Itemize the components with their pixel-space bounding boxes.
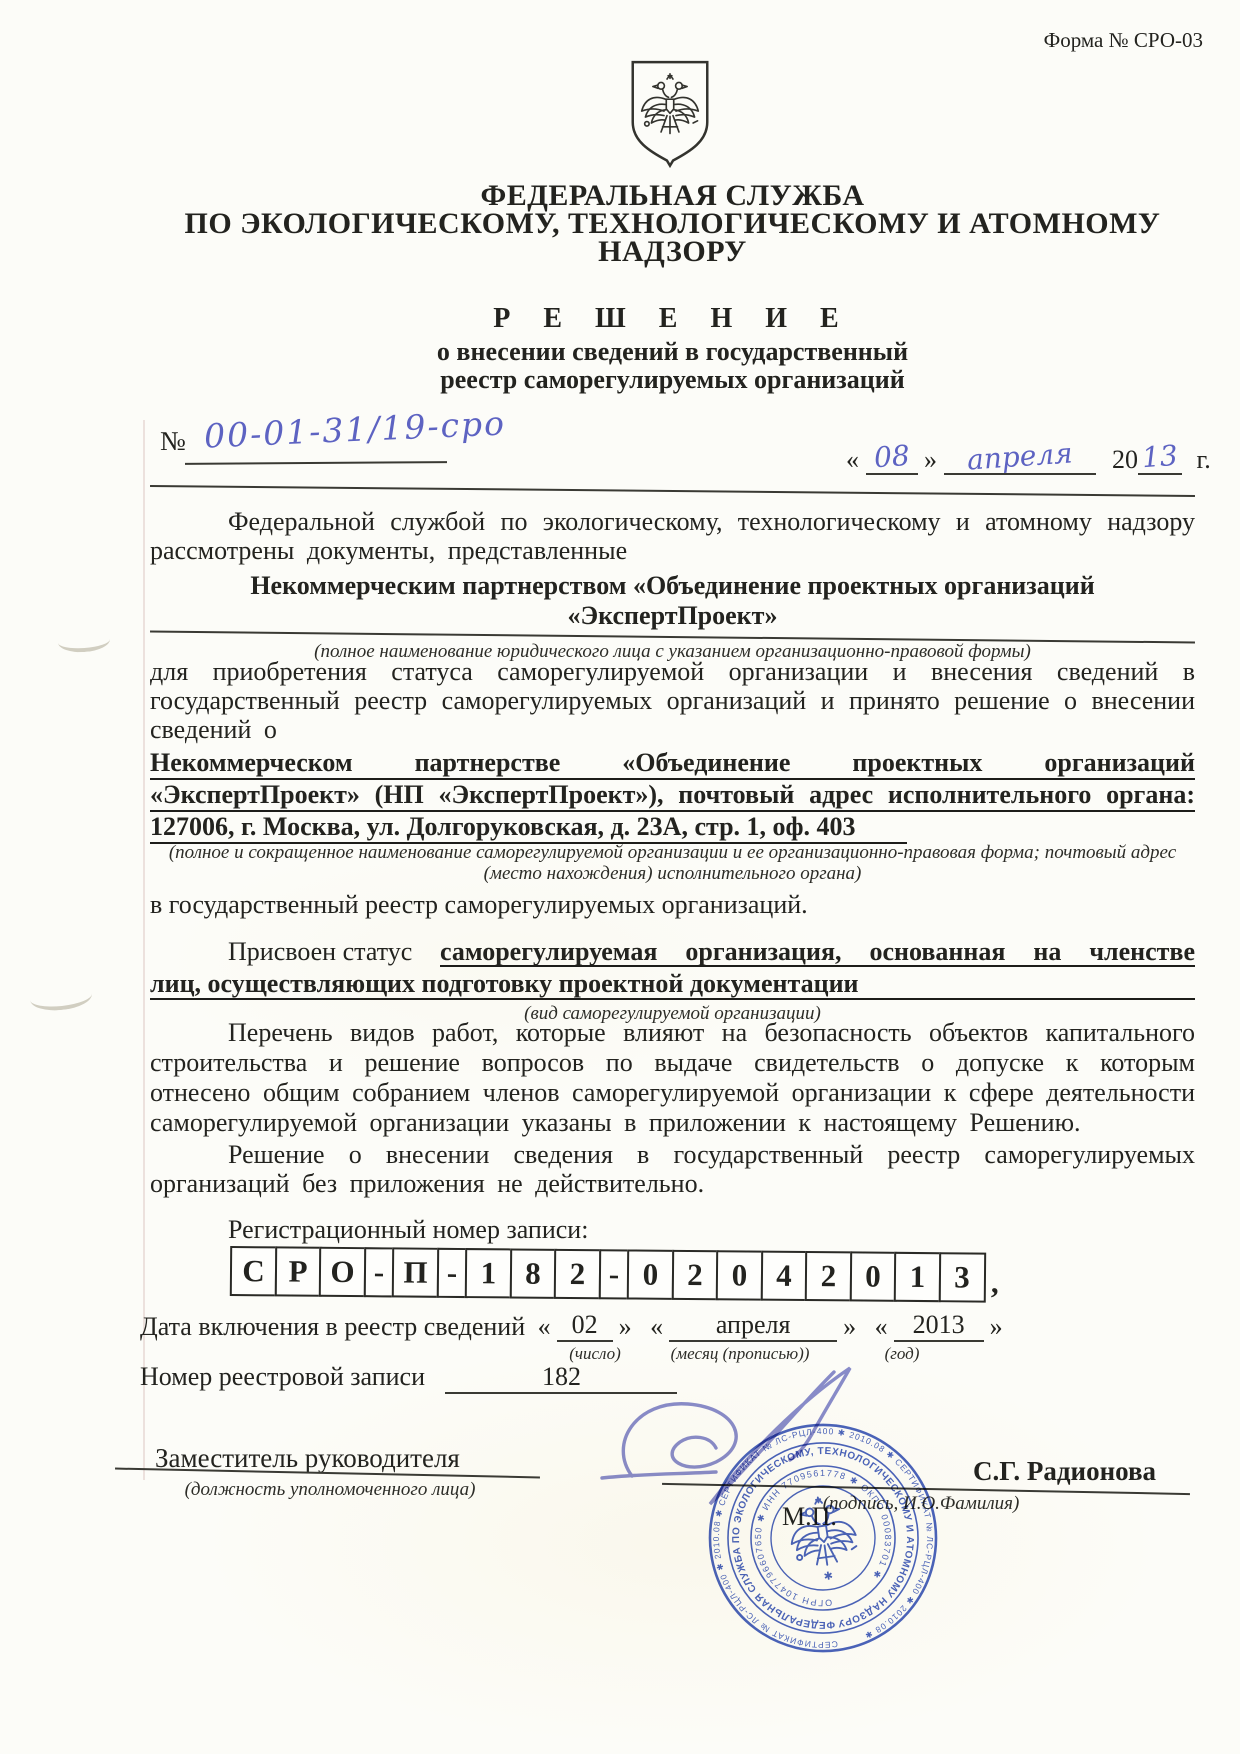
- paragraph-purpose: для приобретения статуса саморегулируемо…: [150, 657, 1195, 744]
- signatory-name: С.Г. Радионова: [973, 1456, 1156, 1487]
- registration-number-row: СРО-П-182-02042013,: [230, 1246, 999, 1303]
- number-label: №: [160, 426, 186, 457]
- caption-org-line-1: (полное и сокращенное наименование самор…: [150, 842, 1195, 863]
- reg-number-cell: 0: [716, 1250, 763, 1300]
- inclusion-month: апреля: [669, 1310, 837, 1342]
- stamp-center-star: ✱: [823, 1570, 834, 1583]
- inclusion-month-quote-open: «: [650, 1312, 663, 1341]
- issue-date-day-slot: 08: [866, 440, 918, 475]
- inclusion-day-quote-close: »: [619, 1312, 632, 1341]
- applicant-name-line-1: Некоммерческим партнерством «Объединение…: [150, 571, 1195, 601]
- org-name-block: Некоммерческом партнерстве «Объединение …: [150, 748, 1195, 844]
- applicant-name-line-2: «ЭкспертПроект»: [150, 601, 1195, 631]
- issue-date-year: 13: [1141, 439, 1179, 474]
- org-name-line-3: 127006, г. Москва, ул. Долгоруковская, д…: [150, 812, 907, 844]
- artifact-crescent-top: [57, 628, 110, 654]
- caption-org: (полное и сокращенное наименование самор…: [150, 842, 1195, 884]
- document-subtitle-2: реестр саморегулируемых организаций: [150, 365, 1195, 395]
- issue-date-month: апреля: [966, 436, 1074, 476]
- stamp-inner-ring-text: ОГРН 1047796607650 ✱ ИНН 7709561778 ✱ ОК…: [744, 1459, 902, 1617]
- caption-org-line-2: (место нахождения) исполнительного орган…: [150, 863, 1195, 884]
- inclusion-month-quote-close: »: [843, 1312, 856, 1341]
- reg-number-cell: О: [319, 1247, 366, 1297]
- reg-number-cell: Р: [274, 1246, 321, 1296]
- document-subtitle-1: о внесении сведений в государственный: [150, 337, 1195, 367]
- reg-number-cell: 0: [627, 1249, 674, 1299]
- separator-rule-top: [150, 485, 1195, 497]
- reg-number-cell: 2: [671, 1250, 718, 1300]
- document-page: Форма № СРО-03: [0, 0, 1240, 1754]
- status-row: Присвоен статус саморегулируемая организ…: [150, 936, 1195, 967]
- paragraph-registry: в государственный реестр саморегулируемы…: [150, 890, 1195, 920]
- issue-date-month-slot: апреля: [944, 440, 1096, 475]
- issue-date-row: « 08 » апреля 2013 г.: [846, 440, 1211, 475]
- reg-number-cell: С: [230, 1246, 277, 1296]
- reg-number-cell: 1: [465, 1248, 512, 1298]
- paragraph-validity: Решение о внесении сведения в государств…: [150, 1140, 1195, 1198]
- reg-number-cell: -: [363, 1247, 394, 1297]
- reg-number-cell: 0: [849, 1251, 896, 1301]
- emblem-eagle-icon: [642, 74, 699, 134]
- inclusion-year-quote-open: «: [875, 1312, 888, 1341]
- inclusion-year-quote-close: »: [990, 1312, 1003, 1341]
- status-value-line-1: саморегулируемая организация, основанная…: [440, 936, 1195, 967]
- paragraph-worklist: Перечень видов работ, которые влияют на …: [150, 1018, 1195, 1138]
- agency-header-line-2: ПО ЭКОЛОГИЧЕСКОМУ, ТЕХНОЛОГИЧЕСКОМУ И АТ…: [150, 210, 1195, 238]
- registration-number-label: Регистрационный номер записи:: [150, 1215, 1195, 1245]
- position-caption: (должность уполномоченного лица): [170, 1479, 490, 1501]
- issue-date-year-prefix: 20: [1112, 445, 1138, 474]
- registry-record-label: Номер реестровой записи: [140, 1362, 425, 1391]
- artifact-crescent-bottom: [29, 981, 93, 1013]
- official-stamp: СЕРТИФИКАТ № ЛС-РЦЛ-400 ✱ 2010.08 ✱ СЕРТ…: [687, 1402, 958, 1673]
- issue-date-quote-open: «: [846, 445, 859, 474]
- issue-date-year-slot: 13: [1138, 440, 1182, 475]
- reg-number-cell: П: [392, 1247, 439, 1297]
- coat-of-arms: [618, 58, 722, 176]
- status-prefix: Присвоен статус: [150, 936, 440, 967]
- issue-date-quote-close: »: [924, 445, 937, 474]
- inclusion-day: 02: [557, 1310, 613, 1342]
- issue-date-day: 08: [873, 439, 911, 474]
- form-number: Форма № СРО-03: [1044, 28, 1203, 53]
- agency-header-line-3: НАДЗОРУ: [150, 238, 1195, 266]
- inclusion-label: Дата включения в реестр сведений: [140, 1312, 525, 1341]
- agency-header: ФЕДЕРАЛЬНАЯ СЛУЖБА ПО ЭКОЛОГИЧЕСКОМУ, ТЕ…: [150, 182, 1195, 266]
- agency-header-line-1: ФЕДЕРАЛЬНАЯ СЛУЖБА: [150, 182, 1195, 210]
- reg-number-cell: -: [598, 1249, 629, 1299]
- reg-number-suffix: ,: [991, 1263, 999, 1303]
- number-underline: [185, 461, 447, 465]
- paragraph-intro: Федеральной службой по экологическому, т…: [150, 507, 1195, 565]
- registry-record-row: Номер реестровой записи 182: [140, 1362, 677, 1394]
- inclusion-year: 2013: [894, 1310, 984, 1342]
- reg-number-cell: 2: [554, 1249, 601, 1299]
- number-value-handwritten: 00-01-31/19-сро: [203, 403, 506, 455]
- document-title: Р Е Ш Е Н И Е: [150, 303, 1195, 335]
- reg-number-cell: 3: [938, 1252, 985, 1302]
- inclusion-day-quote-open: «: [538, 1312, 551, 1341]
- reg-number-cell: 4: [760, 1251, 807, 1301]
- reg-number-cell: -: [436, 1248, 467, 1298]
- status-value-line-2: лиц, осуществляющих подготовку проектной…: [150, 969, 1195, 1000]
- reg-number-cell: 2: [805, 1251, 852, 1301]
- org-name-line-2: «ЭкспертПроект» (НП «ЭкспертПроект»), по…: [150, 780, 1195, 812]
- issue-date-suffix: г.: [1197, 445, 1211, 474]
- stamp-eagle-icon: [786, 1493, 859, 1569]
- inclusion-date-row: Дата включения в реестр сведений «02» «а…: [140, 1310, 1009, 1342]
- svg-text:ОГРН 1047796607650 ✱ ИНН 77095: ОГРН 1047796607650 ✱ ИНН 7709561778 ✱ ОК…: [744, 1459, 902, 1617]
- org-name-line-1: Некоммерческом партнерстве «Объединение …: [150, 748, 1195, 780]
- reg-number-cell: 1: [894, 1252, 941, 1302]
- reg-number-cell: 8: [509, 1248, 556, 1298]
